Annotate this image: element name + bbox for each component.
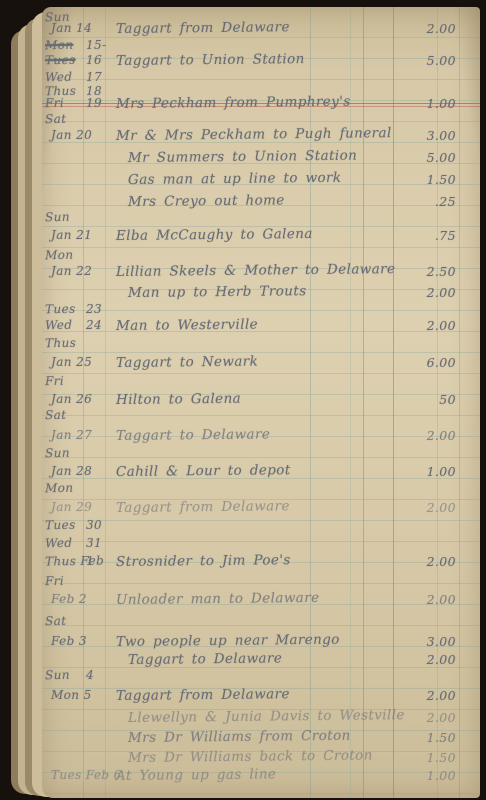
entry-text: Taggart from Delaware — [116, 498, 290, 516]
day-label: Sat — [45, 408, 67, 422]
amount-value: 1.00 — [394, 96, 456, 111]
date-label: Jan 22 — [51, 264, 92, 278]
ledger-row: Thus Feb1Strosnider to Jim Poe's2.00 — [0, 554, 486, 574]
amount-value: 2.00 — [394, 285, 456, 300]
date-label: 31 — [86, 536, 102, 550]
amount-value: 2.00 — [394, 318, 456, 333]
day-label: Sat — [45, 112, 67, 126]
amount-value: .75 — [394, 228, 456, 243]
entry-text: Taggart to Union Station — [116, 51, 305, 69]
day-label: Mon — [45, 248, 74, 262]
date-label: Jan 14 — [51, 21, 92, 35]
entry-text: Cahill & Lour to depot — [116, 462, 291, 480]
day-label: Mon — [45, 38, 74, 52]
day-label: Sat — [45, 614, 67, 628]
entry-text: Unloader man to Delaware — [116, 590, 320, 608]
entry-text: Gas man at up line to work — [128, 170, 342, 188]
entry-text: Lillian Skeels & Mother to Delaware — [116, 261, 396, 280]
ledger-row: Gas man at up line to work1.50 — [0, 172, 486, 192]
day-label: Thus — [45, 336, 76, 351]
ledger-row: Llewellyn & Junia Davis to Westville2.00 — [0, 710, 486, 730]
ledger-entries: SunJan 14Taggart from Delaware2.00Mon15-… — [0, 0, 486, 800]
date-label: 17 — [86, 70, 102, 84]
date-label: Jan 28 — [51, 464, 92, 478]
day-label: Wed — [45, 536, 73, 550]
day-label: Tues — [45, 53, 76, 68]
day-label: Mon — [45, 481, 74, 495]
day-label: Wed — [45, 70, 73, 84]
ledger-row: Feb 2Unloader man to Delaware2.00 — [0, 592, 486, 612]
date-label: Feb 3 — [51, 634, 87, 648]
amount-value: 1.50 — [394, 730, 456, 745]
entry-text: Elba McCaughy to Galena — [116, 226, 313, 244]
day-label: Sun — [45, 446, 70, 460]
entry-text: Man up to Herb Trouts — [128, 283, 307, 301]
entry-text: Man to Westerville — [116, 317, 258, 334]
date-label: 16 — [86, 53, 102, 67]
entry-text: Strosnider to Jim Poe's — [116, 552, 291, 570]
ledger-row: Tues Feb 6At Young up gas line1.00 — [0, 768, 486, 788]
amount-value: .25 — [394, 194, 456, 209]
day-label: Sun — [45, 668, 70, 682]
amount-value: 3.00 — [394, 634, 456, 649]
amount-value: 50 — [394, 392, 456, 407]
amount-value: 5.00 — [394, 150, 456, 165]
ledger-row: Jan 21Elba McCaughy to Galena.75 — [0, 228, 486, 248]
day-label: Wed — [45, 318, 73, 332]
ledger-row: Sun4 — [0, 668, 486, 688]
date-label: 1 — [86, 554, 94, 568]
ledger-row: Mrs Dr Williams from Croton1.50 — [0, 730, 486, 750]
entry-text: At Young up gas line — [116, 766, 276, 784]
day-label: Fri — [45, 374, 64, 388]
day-label: Sun — [45, 210, 70, 224]
date-label: 23 — [86, 302, 102, 316]
entry-text: Taggart to Delaware — [116, 426, 270, 444]
date-label: Jan 29 — [51, 500, 92, 514]
entry-text: Taggart to Delaware — [128, 650, 282, 668]
entry-text: Mrs Dr Williams from Croton — [128, 728, 351, 746]
ledger-row: Mr Summers to Union Station5.00 — [0, 150, 486, 170]
ledger-row: Jan 27Taggart to Delaware2.00 — [0, 428, 486, 448]
date-label: 30 — [86, 518, 102, 532]
amount-value: 1.50 — [394, 172, 456, 187]
date-label: 19 — [86, 96, 102, 110]
entry-text: Taggart from Delaware — [116, 686, 290, 704]
amount-value: 1.00 — [394, 768, 456, 783]
date-label: Jan 25 — [51, 355, 92, 369]
date-label: Mon 5 — [51, 688, 92, 702]
entry-text: Llewellyn & Junia Davis to Westville — [128, 707, 405, 726]
amount-value: 2.50 — [394, 264, 456, 279]
entry-text: Mr & Mrs Peckham to Pugh funeral — [116, 125, 392, 144]
entry-text: Hilton to Galena — [116, 391, 241, 408]
day-label: Thus Feb — [45, 553, 104, 568]
amount-value: 2.00 — [394, 592, 456, 607]
date-label: 15- — [86, 38, 107, 52]
ledger-row: Sat — [0, 614, 486, 634]
date-label: Jan 20 — [51, 128, 92, 142]
ledger-row: Tues30 — [0, 518, 486, 538]
amount-value: 3.00 — [394, 128, 456, 143]
ledger-row: Jan 20Mr & Mrs Peckham to Pugh funeral3.… — [0, 128, 486, 148]
date-label: Tues Feb 6 — [51, 768, 122, 782]
entry-text: Mrs Dr Williams back to Croton — [128, 747, 373, 766]
ledger-row: Jan 22Lillian Skeels & Mother to Delawar… — [0, 264, 486, 284]
date-label: Jan 26 — [51, 392, 92, 406]
date-label: 24 — [86, 318, 102, 332]
day-label: Tues — [45, 518, 76, 533]
day-label: Fri — [45, 574, 64, 588]
day-label: Fri — [45, 96, 64, 110]
amount-value: 1.50 — [394, 750, 456, 765]
amount-value: 2.00 — [394, 688, 456, 703]
date-label: Jan 27 — [51, 428, 92, 442]
date-label: Feb 2 — [51, 592, 87, 606]
entry-text: Mrs Creyo out home — [128, 192, 285, 210]
amount-value: 2.00 — [394, 652, 456, 667]
amount-value: 2.00 — [394, 428, 456, 443]
entry-text: Mrs Peckham from Pumphrey's — [116, 94, 351, 112]
amount-value: 2.00 — [394, 21, 456, 36]
ledger-row: Fri — [0, 374, 486, 394]
day-label: Tues — [45, 302, 76, 317]
ledger-row: Sat — [0, 408, 486, 428]
amount-value: 2.00 — [394, 500, 456, 515]
amount-value: 2.00 — [394, 554, 456, 569]
entry-text: Taggart from Delaware — [116, 19, 290, 37]
amount-value: 5.00 — [394, 53, 456, 68]
ledger-row: Jan 25Taggart to Newark6.00 — [0, 355, 486, 375]
entry-text: Taggart to Newark — [116, 354, 258, 371]
amount-value: 1.00 — [394, 464, 456, 479]
amount-value: 6.00 — [394, 355, 456, 370]
date-label: 4 — [86, 668, 94, 682]
entry-text: Two people up near Marengo — [116, 632, 340, 650]
entry-text: Mr Summers to Union Station — [128, 148, 357, 166]
ledger-row: Mon 5Taggart from Delaware2.00 — [0, 688, 486, 708]
date-label: Jan 21 — [51, 228, 92, 242]
amount-value: 2.00 — [394, 710, 456, 725]
